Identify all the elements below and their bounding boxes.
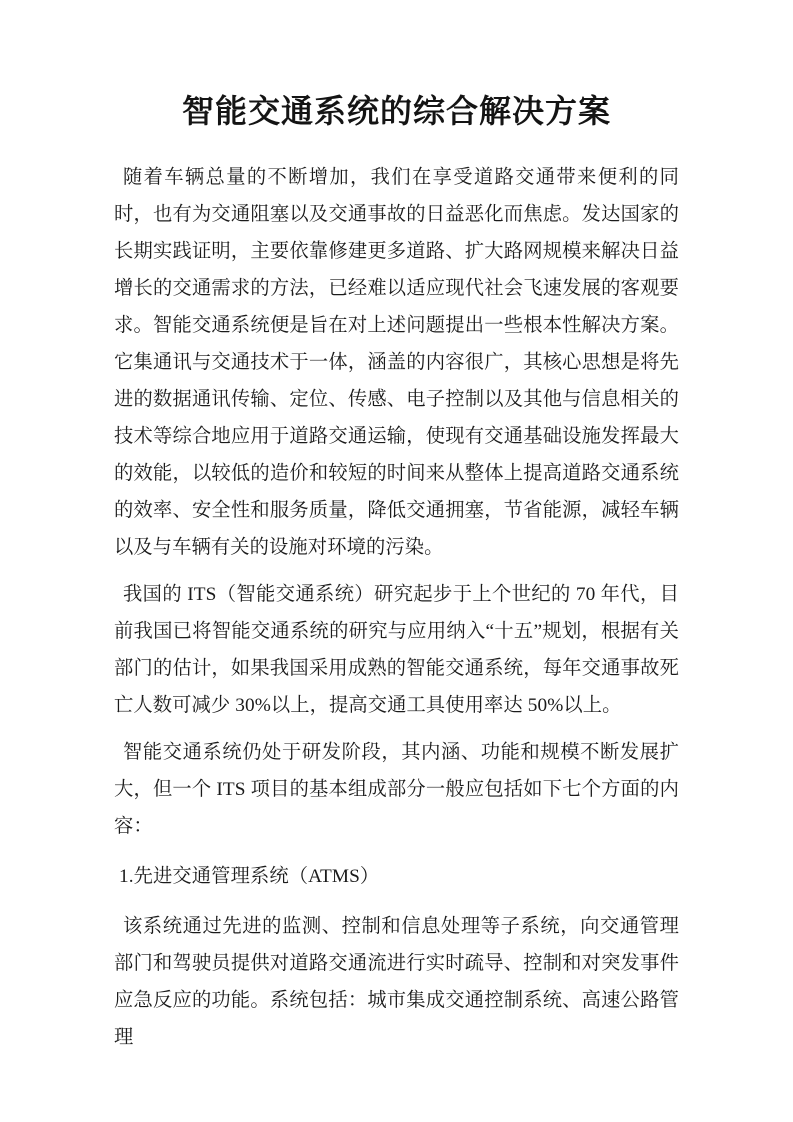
paragraph-atms-description: 该系统通过先进的监测、控制和信息处理等子系统，向交通管理部门和驾驶员提供对道路交… <box>114 908 679 1056</box>
document-title: 智能交通系统的综合解决方案 <box>114 88 679 134</box>
document-body: 随着车辆总量的不断增加，我们在享受道路交通带来便利的同时，也有为交通阻塞以及交通… <box>114 159 679 1056</box>
paragraph-its-components: 智能交通系统仍处于研发阶段，其内涵、功能和规模不断发展扩大，但一个 ITS 项目… <box>114 734 679 845</box>
document-page: 智能交通系统的综合解决方案 随着车辆总量的不断增加，我们在享受道路交通带来便利的… <box>0 0 793 1122</box>
paragraph-china-its: 我国的 ITS（智能交通系统）研究起步于上个世纪的 70 年代，目前我国已将智能… <box>114 576 679 724</box>
paragraph-intro: 随着车辆总量的不断增加，我们在享受道路交通带来便利的同时，也有为交通阻塞以及交通… <box>114 159 679 566</box>
section-heading-atms: 1.先进交通管理系统（ATMS） <box>114 858 679 895</box>
